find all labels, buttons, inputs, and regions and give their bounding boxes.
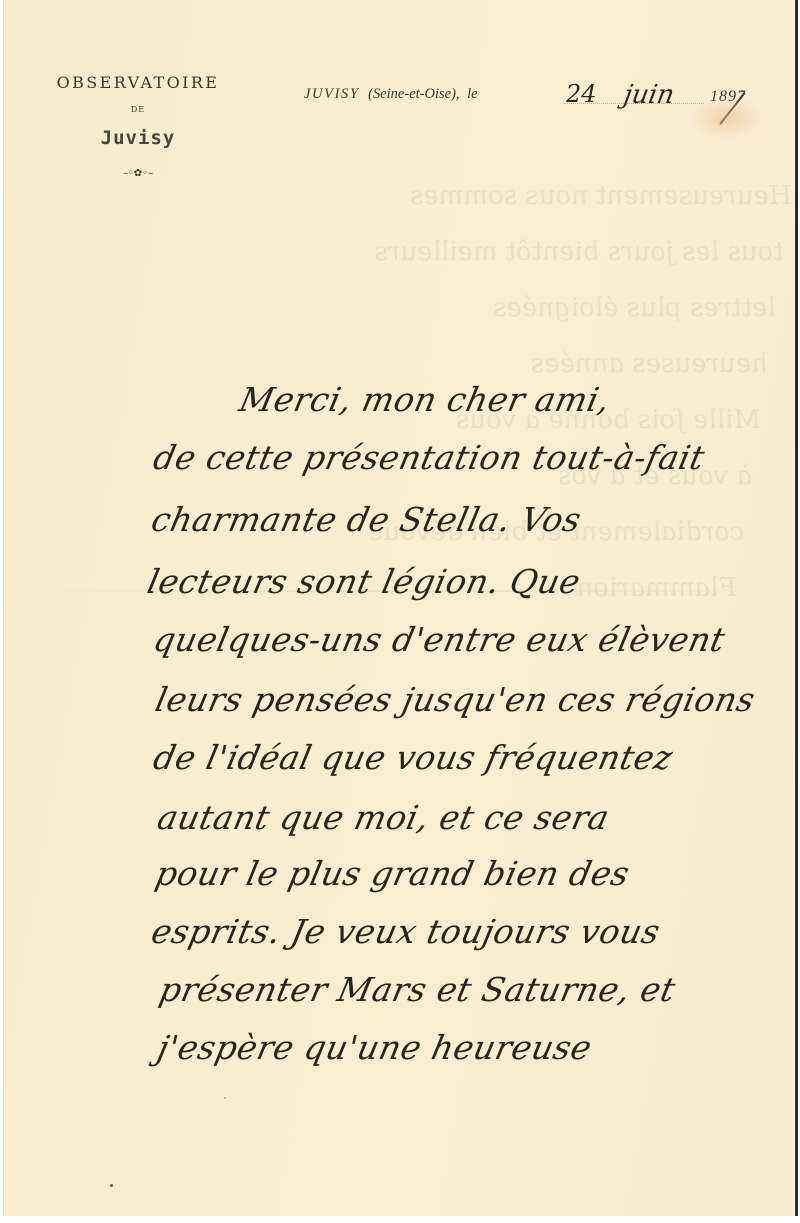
showthrough-line: lettres plus éloignées <box>152 280 780 336</box>
dateline-month: juin <box>621 80 676 110</box>
body-line: esprits. Je veux toujours vous <box>148 912 664 951</box>
body-line: lecteurs sont légion. Que <box>144 562 584 601</box>
body-line: charmante de Stella. Vos <box>148 500 585 539</box>
body-line: présenter Mars et Saturne, et <box>156 970 679 1009</box>
paper-stain <box>692 98 762 138</box>
dateline-region: (Seine-et-Oise), <box>368 86 459 102</box>
dateline-city: JUVISY <box>304 86 360 102</box>
paper-speck <box>224 1097 226 1099</box>
body-line: j'espère qu'une heureuse <box>154 1028 596 1067</box>
body-line: de l'idéal que vous fréquentez <box>150 738 676 777</box>
paper-speck <box>110 1184 113 1187</box>
showthrough-line: Heureusement nous sommes <box>168 168 795 224</box>
letterhead-place: Juvisy <box>40 126 236 150</box>
body-line: quelques-uns d'entre eux élèvent <box>150 620 729 659</box>
showthrough-line: tous les jours bientôt meilleurs <box>160 224 788 280</box>
letterhead-organization: OBSERVATOIRE <box>40 72 236 94</box>
ornament-flourish-icon: –◦✿◦– <box>40 168 236 180</box>
scan-bottom-margin <box>0 1216 800 1223</box>
body-line: de cette présentation tout-à-fait <box>150 438 708 477</box>
body-line: autant que moi, et ce sera <box>154 798 613 837</box>
letterhead-preposition: DE <box>40 104 236 116</box>
body-line: pour le plus grand bien des <box>152 854 633 893</box>
body-line: Merci, mon cher ami, <box>236 380 614 419</box>
scan-right-border <box>794 0 800 1223</box>
dateline-le: le <box>467 86 477 102</box>
body-line: leurs pensées jusqu'en ces régions <box>152 680 759 719</box>
letter-sheet: Heureusement nous sommes tous les jours … <box>3 0 795 1216</box>
letterhead: OBSERVATOIRE DE Juvisy –◦✿◦– <box>40 72 236 180</box>
dateline-day: 24 <box>566 80 597 108</box>
